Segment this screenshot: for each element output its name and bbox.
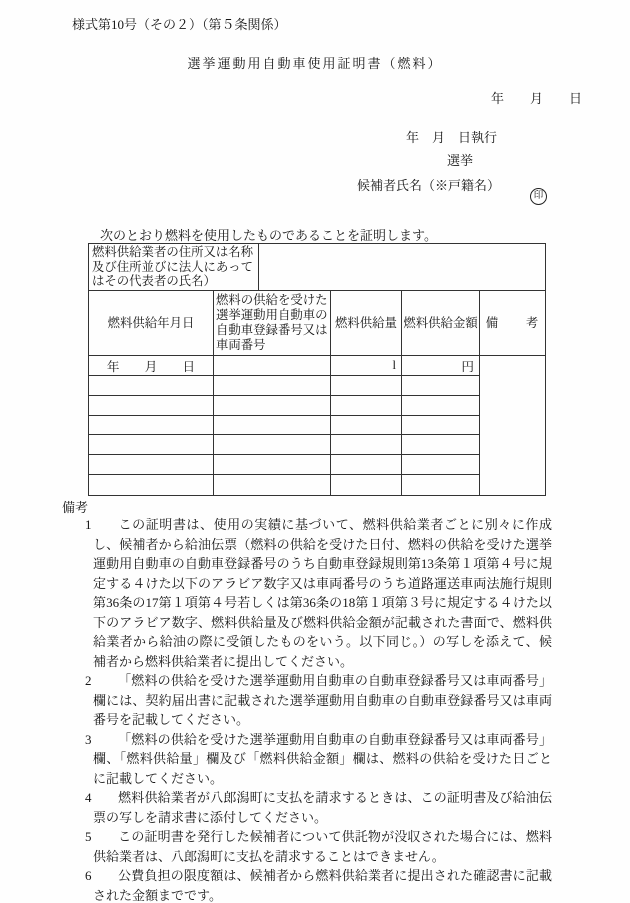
table-cell-empty: [214, 455, 331, 475]
table-cell-empty: [331, 435, 402, 455]
header-vehicle-number: 燃料の供給を受けた選挙運動用自動車の自動車登録番号又は車両番号: [214, 291, 331, 355]
fuel-certificate-table: 燃料供給業者の住所又は名称及び住所並びに法人にあってはその代表者の氏名） 燃料供…: [88, 243, 546, 496]
table-cell-empty: [89, 455, 214, 475]
note-number: 5: [85, 827, 118, 847]
table-cell-empty: [402, 455, 480, 475]
table-cell-empty: [331, 455, 402, 475]
seal-character: 印: [534, 192, 544, 202]
table-cell-empty: [402, 435, 480, 455]
notes-list: 1この証明書は、使用の実績に基づいて、燃料供給業者ごとに別々に作成し、候補者から…: [60, 515, 552, 903]
certify-statement: 次のとおり燃料を使用したものであることを証明します。: [100, 225, 437, 244]
table-cell-empty: [214, 475, 331, 495]
table-cell-empty: [89, 435, 214, 455]
cell-sample-vehicle-number: [214, 356, 331, 376]
header-supply-price: 燃料供給金額: [402, 291, 480, 355]
table-header-row: 燃料供給年月日 燃料の供給を受けた選挙運動用自動車の自動車登録番号又は車両番号 …: [89, 291, 545, 356]
note-item-3: 3「燃料の供給を受けた選挙運動用自動車の自動車登録番号又は車両番号」欄、「燃料供…: [60, 730, 552, 789]
note-item-4: 4燃料供給業者が八郎潟町に支払を請求するときは、この証明書及び給油伝票の写しを請…: [60, 788, 552, 827]
note-item-6: 6公費負担の限度額は、候補者から燃料供給業者に提出された確認書に記載された金額ま…: [60, 866, 552, 903]
candidate-name-label: 候補者氏名（※戸籍名）: [357, 175, 500, 194]
table-cell-empty: [89, 416, 214, 436]
note-text: この証明書は、使用の実績に基づいて、燃料供給業者ごとに別々に作成し、候補者から給…: [93, 517, 552, 669]
note-text: この証明書を発行した候補者について供託物が没収された場合には、燃料供給業者は、八…: [93, 829, 552, 864]
supplier-info-value-cell: [259, 244, 545, 290]
note-text: 「燃料の供給を受けた選挙運動用自動車の自動車登録番号又は車両番号」欄、「燃料供給…: [93, 732, 552, 786]
note-number: 3: [85, 730, 118, 750]
seal-icon: 印: [530, 188, 547, 205]
notes-title: 備考: [62, 497, 88, 516]
table-cell-empty: [214, 416, 331, 436]
header-remarks: 備 考: [480, 291, 545, 355]
table-data-grid: 年 月 日 l 円: [89, 356, 480, 495]
election-execution-date: 年 月 日執行: [406, 127, 497, 146]
note-number: 6: [85, 866, 118, 886]
note-text: 燃料供給業者が八郎潟町に支払を請求するときは、この証明書及び給油伝票の写しを請求…: [93, 790, 552, 825]
note-number: 4: [85, 788, 118, 808]
table-cell-empty: [89, 376, 214, 396]
note-number: 1: [85, 515, 118, 535]
table-data-area: 年 月 日 l 円: [89, 356, 545, 495]
note-item-1: 1この証明書は、使用の実績に基づいて、燃料供給業者ごとに別々に作成し、候補者から…: [60, 515, 552, 671]
election-label: 選挙: [447, 150, 473, 169]
table-cell-empty: [214, 376, 331, 396]
issue-date-blank: 年 月 日: [491, 88, 582, 107]
page-title: 選挙運動用自動車使用証明書（燃料）: [0, 53, 630, 72]
form-number: 様式第10号（その２）（第５条関係）: [72, 14, 287, 33]
table-cell-empty: [331, 376, 402, 396]
remarks-merged-cell: [480, 356, 545, 495]
note-number: 2: [85, 671, 118, 691]
table-cell-empty: [89, 475, 214, 495]
cell-sample-price-unit: 円: [402, 356, 480, 376]
note-text: 公費負担の限度額は、候補者から燃料供給業者に提出された確認書に記載された金額まで…: [93, 868, 552, 903]
note-item-2: 2「燃料の供給を受けた選挙運動用自動車の自動車登録番号又は車両番号」欄には、契約…: [60, 671, 552, 730]
table-cell-empty: [331, 475, 402, 495]
note-item-5: 5この証明書を発行した候補者について供託物が没収された場合には、燃料供給業者は、…: [60, 827, 552, 866]
note-text: 「燃料の供給を受けた選挙運動用自動車の自動車登録番号又は車両番号」欄には、契約届…: [93, 673, 552, 727]
table-cell-empty: [331, 416, 402, 436]
table-cell-empty: [402, 396, 480, 416]
document-page: 様式第10号（その２）（第５条関係） 選挙運動用自動車使用証明書（燃料） 年 月…: [0, 0, 630, 903]
cell-sample-date: 年 月 日: [89, 356, 214, 376]
supplier-info-label: 燃料供給業者の住所又は名称及び住所並びに法人にあってはその代表者の氏名）: [89, 244, 259, 290]
table-cell-empty: [89, 396, 214, 416]
table-cell-empty: [402, 376, 480, 396]
table-cell-empty: [402, 416, 480, 436]
header-supply-amount: 燃料供給量: [331, 291, 402, 355]
table-cell-empty: [214, 435, 331, 455]
table-cell-empty: [402, 475, 480, 495]
table-cell-empty: [331, 396, 402, 416]
cell-sample-amount-unit: l: [331, 356, 402, 376]
header-supply-date: 燃料供給年月日: [89, 291, 214, 355]
supplier-info-row: 燃料供給業者の住所又は名称及び住所並びに法人にあってはその代表者の氏名）: [89, 244, 545, 291]
table-cell-empty: [214, 396, 331, 416]
